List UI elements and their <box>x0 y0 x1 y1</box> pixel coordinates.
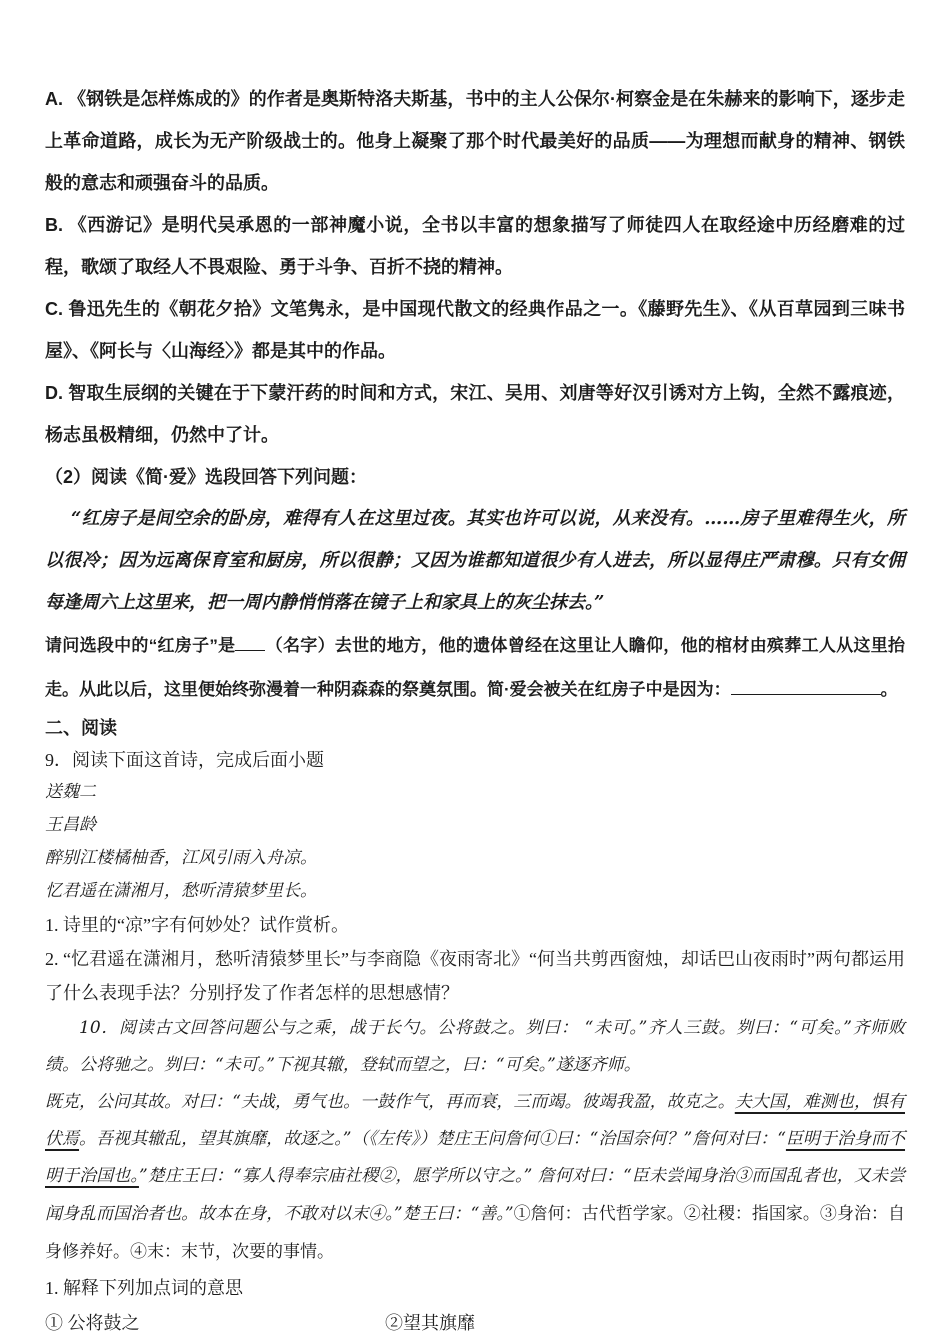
text-segment: 王昌龄 <box>45 815 96 835</box>
text-segment: ②望其旗靡 <box>385 1305 475 1341</box>
text-segment: 10．阅读古文回答问题公与之乘，战于长勺。公将鼓之。刿曰： “未可。”齐人三鼓。… <box>45 1018 905 1075</box>
option-a: A. 《钢铁是怎样炼成的》的作者是奥斯特洛夫斯基，书中的主人公保尔·柯察金是在朱… <box>45 78 905 204</box>
text-segment: 忆君遥在潇湘月，愁听清猿梦里长。 <box>45 881 317 901</box>
poem-author: 王昌龄 <box>45 809 905 842</box>
text-segment: D. 智取生辰纲的关键在于下蒙汗药的时间和方式，宋江、吴用、刘唐等好汉引诱对方上… <box>45 383 905 445</box>
poem-line-2: 忆君遥在潇湘月，愁听清猿梦里长。 <box>45 875 905 908</box>
jane-eyre-quote: “红房子是间空余的卧房，难得有人在这里过夜。其实也许可以说，从来没有。……房子里… <box>45 498 905 624</box>
text-segment: A. 《钢铁是怎样炼成的》的作者是奥斯特洛夫斯基，书中的主人公保尔·柯察金是在朱… <box>45 89 905 193</box>
option-d: D. 智取生辰纲的关键在于下蒙汗药的时间和方式，宋江、吴用、刘唐等好汉引诱对方上… <box>45 372 905 456</box>
poem-title: 送魏二 <box>45 776 905 809</box>
word-explanation-row: ① 公将鼓之②望其旗靡 <box>45 1305 905 1341</box>
text-segment: 1. 解释下列加点词的意思 <box>45 1278 243 1298</box>
question-9-2: 2. “忆君遥在潇湘月，愁听清猿梦里长”与李商隐《夜雨寄北》“何当共剪西窗烛，却… <box>45 942 905 1010</box>
text-segment: （2）阅读《简·爱》选段回答下列问题： <box>45 467 367 487</box>
red-room-question: 请问选段中的“红房子”是（名字）去世的地方，他的遗体曾经在这里让人瞻仰，他的棺材… <box>45 624 905 712</box>
answer-blank <box>235 636 265 651</box>
section-2-heading: 二、阅读 <box>45 712 905 744</box>
poem-line-1: 醉别江楼橘柚香，江风引雨入舟凉。 <box>45 842 905 875</box>
text-segment: 。吾视其辙乱，望其旗靡，故逐之。”（《左传》）楚庄王问詹何①曰：“治国奈何？”詹… <box>79 1129 786 1149</box>
text-segment: ① 公将鼓之 <box>45 1305 385 1341</box>
text-segment: “红房子是间空余的卧房，难得有人在这里过夜。其实也许可以说，从来没有。……房子里… <box>45 508 905 613</box>
answer-blank <box>731 680 881 695</box>
text-segment: C. 鲁迅先生的《朝花夕拾》文笔隽永，是中国现代散文的经典作品之一。《藤野先生》… <box>45 299 905 361</box>
text-segment: 2. “忆君遥在潇湘月，愁听清猿梦里长”与李商隐《夜雨寄北》“何当共剪西窗烛，却… <box>45 949 905 1003</box>
text-segment: 醉别江楼橘柚香，江风引雨入舟凉。 <box>45 848 317 868</box>
option-c: C. 鲁迅先生的《朝花夕拾》文笔隽永，是中国现代散文的经典作品之一。《藤野先生》… <box>45 288 905 372</box>
question-10-1: 1. 解释下列加点词的意思 <box>45 1271 905 1305</box>
text-segment: 请问选段中的“红房子”是 <box>45 636 235 655</box>
document-content: A. 《钢铁是怎样炼成的》的作者是奥斯特洛夫斯基，书中的主人公保尔·柯察金是在朱… <box>0 0 950 1341</box>
question-9-1: 1. 诗里的“凉”字有何妙处？试作赏析。 <box>45 908 905 942</box>
text-segment: 。 <box>881 680 898 699</box>
text-segment: 二、阅读 <box>45 718 117 738</box>
text-segment: 送魏二 <box>45 782 96 802</box>
classical-passage: 既克，公问其故。对曰：“夫战，勇气也。一鼓作气，再而衰，三而竭。彼竭我盈，故克之… <box>45 1084 905 1271</box>
text-segment: 1. 诗里的“凉”字有何妙处？试作赏析。 <box>45 915 349 935</box>
exam-paper-page: A. 《钢铁是怎样炼成的》的作者是奥斯特洛夫斯基，书中的主人公保尔·柯察金是在朱… <box>0 0 950 1344</box>
text-segment: B. 《西游记》是明代吴承恩的一部神魔小说，全书以丰富的想象描写了师徒四人在取经… <box>45 215 905 277</box>
question-9-stem: 9．阅读下面这首诗，完成后面小题 <box>45 744 905 776</box>
question-10-stem: 10．阅读古文回答问题公与之乘，战于长勺。公将鼓之。刿曰： “未可。”齐人三鼓。… <box>45 1010 905 1084</box>
text-segment: 9．阅读下面这首诗，完成后面小题 <box>45 750 324 770</box>
sub-question-2-stem: （2）阅读《简·爱》选段回答下列问题： <box>45 456 905 498</box>
option-b: B. 《西游记》是明代吴承恩的一部神魔小说，全书以丰富的想象描写了师徒四人在取经… <box>45 204 905 288</box>
text-segment: 既克，公问其故。对曰：“夫战，勇气也。一鼓作气，再而衰，三而竭。彼竭我盈，故克之… <box>45 1092 735 1112</box>
